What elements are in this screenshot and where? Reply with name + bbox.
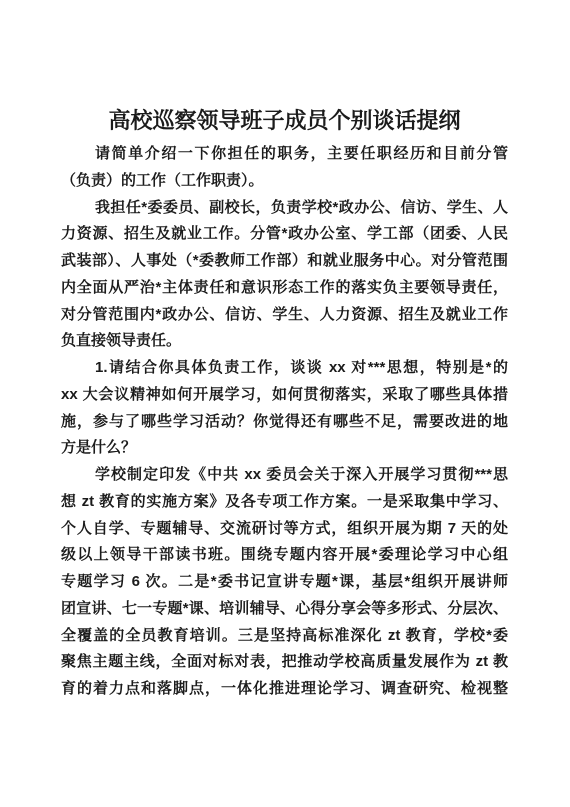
text-line: 内全面从严治*主体责任和意识形态工作的落实负主要领导责任， xyxy=(61,275,508,302)
text-line: 施，参与了哪些学习活动？你觉得还有哪些不足，需要改进的地 xyxy=(61,409,508,436)
text-line: 学校制定印发《中共 xx 委员会关于深入开展学习贯彻***思 xyxy=(61,462,508,489)
text-line: 武装部）、人事处（*委教师工作部）和就业服务中心。对分管范围 xyxy=(61,248,508,275)
text-line: xx 大会议精神如何开展学习，如何贯彻落实，采取了哪些具体措 xyxy=(61,382,508,409)
text-line: 级以上领导干部读书班。围绕专题内容开展*委理论学习中心组 xyxy=(61,542,508,569)
text-line: 对分管范围内*政办公、信访、学生、人力资源、招生及就业工作 xyxy=(61,302,508,329)
paragraph-intro-question: 请简单介绍一下你担任的职务，主要任职经历和目前分管 （负责）的工作（工作职责）。 xyxy=(61,141,508,195)
text-line: 我担任*委委员、副校长，负责学校*政办公、信访、学生、人 xyxy=(61,195,508,222)
text-line: 方是什么？ xyxy=(61,435,508,462)
text-line: 团宣讲、七一专题*课、培训辅导、心得分享会等多形式、分层次、 xyxy=(61,596,508,623)
paragraph-answer-1: 学校制定印发《中共 xx 委员会关于深入开展学习贯彻***思 想 zt 教育的实… xyxy=(61,462,508,703)
paragraph-question-1: 1.请结合你具体负责工作，谈谈 xx 对***思想，特别是*的 xx 大会议精神… xyxy=(61,355,508,462)
text-line: 想 zt 教育的实施方案》及各专项工作方案。一是采取集中学习、 xyxy=(61,489,508,516)
document-title: 高校巡察领导班子成员个别谈话提纲 xyxy=(61,104,508,138)
page-content: 高校巡察领导班子成员个别谈话提纲 请简单介绍一下你担任的职务，主要任职经历和目前… xyxy=(61,0,508,703)
text-line: 负直接领导责任。 xyxy=(61,328,508,355)
text-line: 育的着力点和落脚点，一体化推进理论学习、调查研究、检视整 xyxy=(61,676,508,703)
document-body: 请简单介绍一下你担任的职务，主要任职经历和目前分管 （负责）的工作（工作职责）。… xyxy=(61,141,508,703)
text-line: 1.请结合你具体负责工作，谈谈 xx 对***思想，特别是*的 xyxy=(61,355,508,382)
text-line: 聚焦主题主线，全面对标对表，把推动学校高质量发展作为 zt 教 xyxy=(61,649,508,676)
text-line: 专题学习 6 次。二是*委书记宣讲专题*课，基层*组织开展讲师 xyxy=(61,569,508,596)
text-line: 个人自学、专题辅导、交流研讨等方式，组织开展为期 7 天的处 xyxy=(61,516,508,543)
text-line: （负责）的工作（工作职责）。 xyxy=(61,168,508,195)
text-line: 全覆盖的全员教育培训。三是坚持高标准深化 zt 教育，学校*委 xyxy=(61,623,508,650)
paragraph-duties-answer: 我担任*委委员、副校长，负责学校*政办公、信访、学生、人 力资源、招生及就业工作… xyxy=(61,195,508,356)
text-line: 力资源、招生及就业工作。分管*政办公室、学工部（团委、人民 xyxy=(61,221,508,248)
document-page: 高校巡察领导班子成员个别谈话提纲 请简单介绍一下你担任的职务，主要任职经历和目前… xyxy=(0,0,570,807)
text-line: 请简单介绍一下你担任的职务，主要任职经历和目前分管 xyxy=(61,141,508,168)
